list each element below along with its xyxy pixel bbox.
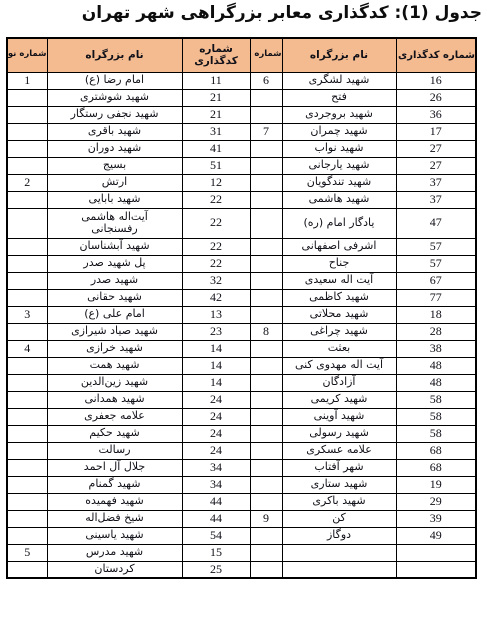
header-coding-number-left: شماره کدگذاری [182, 38, 250, 72]
cell-coding-number: 24 [182, 442, 250, 459]
cell-coding-number: 41 [182, 140, 250, 157]
cell-strip-number [7, 238, 47, 255]
cell-strip-number [250, 238, 282, 255]
table-header-row: شماره کدگذاری نام بزرگراه شماره نوار شما… [7, 38, 476, 72]
cell-highway-name [282, 561, 396, 578]
cell-coding-number: 36 [396, 106, 476, 123]
cell-highway-name: آیت اله مهدوی کنی [282, 357, 396, 374]
cell-highway-name: شهید آوینی [282, 408, 396, 425]
cell-strip-number: 4 [7, 340, 47, 357]
cell-coding-number: 51 [182, 157, 250, 174]
cell-highway-name: شهید مدرس [47, 544, 182, 561]
cell-strip-number [7, 374, 47, 391]
table-row: 39کن944شیخ فضل‌اله [7, 510, 476, 527]
table-row: 58شهید آوینی24علامه جعفری [7, 408, 476, 425]
cell-strip-number [250, 561, 282, 578]
table-row: 25کردستان [7, 561, 476, 578]
table-row: 38بعثت14شهید خرازی4 [7, 340, 476, 357]
cell-strip-number [7, 191, 47, 208]
cell-highway-name: شهید کریمی [282, 391, 396, 408]
cell-highway-name: شهید محلاتی [282, 306, 396, 323]
cell-coding-number: 47 [396, 208, 476, 238]
cell-coding-number: 68 [396, 459, 476, 476]
cell-coding-number: 16 [396, 72, 476, 89]
cell-strip-number [250, 459, 282, 476]
cell-strip-number [7, 106, 47, 123]
cell-coding-number: 39 [396, 510, 476, 527]
header-strip-number-left: شماره نوار [7, 38, 47, 72]
cell-coding-number: 22 [182, 208, 250, 238]
cell-coding-number: 49 [396, 527, 476, 544]
table-row: 58شهید کریمی24شهید همدانی [7, 391, 476, 408]
cell-strip-number [250, 89, 282, 106]
cell-highway-name: امام علی (ع) [47, 306, 182, 323]
cell-strip-number [7, 459, 47, 476]
cell-strip-number [250, 340, 282, 357]
cell-highway-name: شهید آبشناسان [47, 238, 182, 255]
cell-strip-number [7, 157, 47, 174]
cell-highway-name: آیت‌اله هاشمیرفسنجانی [47, 208, 182, 238]
cell-coding-number: 21 [182, 106, 250, 123]
cell-strip-number [7, 123, 47, 140]
cell-highway-name: کن [282, 510, 396, 527]
cell-highway-name: شهید فهمیده [47, 493, 182, 510]
table-row: 37شهید تندگویان12ارتش2 [7, 174, 476, 191]
cell-coding-number: 29 [396, 493, 476, 510]
cell-highway-name [282, 544, 396, 561]
cell-strip-number [250, 493, 282, 510]
cell-highway-name: شهید چمران [282, 123, 396, 140]
cell-coding-number: 58 [396, 408, 476, 425]
cell-strip-number [7, 510, 47, 527]
header-highway-name-left: نام بزرگراه [47, 38, 182, 72]
cell-highway-name: دوگاز [282, 527, 396, 544]
table-row: 16شهید لشگری611امام رضا (ع)1 [7, 72, 476, 89]
cell-highway-name: جناح [282, 255, 396, 272]
cell-coding-number: 54 [182, 527, 250, 544]
cell-highway-name: شیخ فضل‌اله [47, 510, 182, 527]
cell-coding-number: 22 [182, 255, 250, 272]
cell-coding-number: 17 [396, 123, 476, 140]
cell-coding-number: 34 [182, 476, 250, 493]
cell-coding-number: 12 [182, 174, 250, 191]
cell-strip-number [7, 442, 47, 459]
table-row: 28شهید چراغی823شهید صیاد شیرازی [7, 323, 476, 340]
cell-coding-number [396, 561, 476, 578]
cell-strip-number: 1 [7, 72, 47, 89]
document-page: جدول (1): کدگذاری معابر بزرگراهی شهر تهر… [0, 0, 487, 640]
table-row: 15شهید مدرس5 [7, 544, 476, 561]
cell-highway-name: شهید یاسینی [47, 527, 182, 544]
cell-coding-number: 28 [396, 323, 476, 340]
cell-strip-number: 3 [7, 306, 47, 323]
cell-strip-number [250, 174, 282, 191]
cell-highway-name: علامه عسکری [282, 442, 396, 459]
cell-strip-number [7, 425, 47, 442]
cell-strip-number [250, 289, 282, 306]
cell-highway-name: آیت اله سعیدی [282, 272, 396, 289]
cell-highway-name: شهید نجفی رستگار [47, 106, 182, 123]
cell-highway-name: جلال آل احمد [47, 459, 182, 476]
cell-highway-name: ارتش [47, 174, 182, 191]
cell-highway-name: علامه جعفری [47, 408, 182, 425]
table-row: 26فتح21شهید شوشتری [7, 89, 476, 106]
cell-coding-number: 48 [396, 374, 476, 391]
cell-highway-name: شهید نواب [282, 140, 396, 157]
cell-coding-number: 21 [182, 89, 250, 106]
cell-strip-number [7, 527, 47, 544]
cell-strip-number [250, 106, 282, 123]
highway-coding-table: شماره کدگذاری نام بزرگراه شماره نوار شما… [6, 37, 477, 579]
table-row: 18شهید محلاتی13امام علی (ع)3 [7, 306, 476, 323]
cell-coding-number: 18 [396, 306, 476, 323]
table-row: 67آیت اله سعیدی32شهید صدر [7, 272, 476, 289]
cell-strip-number: 6 [250, 72, 282, 89]
table-row: 47یادگار امام (ره)22آیت‌اله هاشمیرفسنجان… [7, 208, 476, 238]
cell-highway-name: شهید حکیم [47, 425, 182, 442]
cell-strip-number [250, 272, 282, 289]
cell-strip-number: 9 [250, 510, 282, 527]
cell-strip-number [7, 255, 47, 272]
cell-strip-number [7, 493, 47, 510]
cell-highway-name: شهید خرازی [47, 340, 182, 357]
cell-coding-number: 68 [396, 442, 476, 459]
cell-coding-number: 27 [396, 157, 476, 174]
cell-highway-name: شهید باکری [282, 493, 396, 510]
cell-coding-number: 32 [182, 272, 250, 289]
cell-highway-name: شهید رسولی [282, 425, 396, 442]
cell-coding-number: 58 [396, 425, 476, 442]
cell-coding-number: 13 [182, 306, 250, 323]
cell-highway-name: بسیج [47, 157, 182, 174]
table-row: 17شهید چمران731شهید باقری [7, 123, 476, 140]
cell-strip-number: 2 [7, 174, 47, 191]
table-row: 27شهید یارجانی51بسیج [7, 157, 476, 174]
cell-highway-name: فتح [282, 89, 396, 106]
cell-coding-number: 48 [396, 357, 476, 374]
table-row: 27شهید نواب41شهید دوران [7, 140, 476, 157]
cell-highway-name: شهید کاظمی [282, 289, 396, 306]
table-row: 49دوگاز54شهید یاسینی [7, 527, 476, 544]
cell-coding-number: 14 [182, 374, 250, 391]
cell-highway-name: شهید صدر [47, 272, 182, 289]
cell-strip-number [250, 408, 282, 425]
cell-strip-number [250, 442, 282, 459]
cell-coding-number: 31 [182, 123, 250, 140]
cell-coding-number: 26 [396, 89, 476, 106]
cell-highway-name: شهید بروجردی [282, 106, 396, 123]
cell-coding-number [396, 544, 476, 561]
cell-highway-name: شهید دوران [47, 140, 182, 157]
cell-coding-number: 58 [396, 391, 476, 408]
cell-highway-name: بعثت [282, 340, 396, 357]
cell-strip-number [7, 140, 47, 157]
cell-strip-number [250, 357, 282, 374]
cell-coding-number: 24 [182, 425, 250, 442]
cell-strip-number [7, 89, 47, 106]
table-row: 58شهید رسولی24شهید حکیم [7, 425, 476, 442]
cell-highway-name: شهید لشگری [282, 72, 396, 89]
cell-strip-number [250, 374, 282, 391]
cell-highway-name: یادگار امام (ره) [282, 208, 396, 238]
cell-strip-number [7, 476, 47, 493]
cell-highway-name: پل شهید صدر [47, 255, 182, 272]
table-row: 57اشرفی اصفهانی22شهید آبشناسان [7, 238, 476, 255]
cell-highway-name: شهید تندگویان [282, 174, 396, 191]
header-coding-number-right: شماره کدگذاری [396, 38, 476, 72]
cell-strip-number [250, 140, 282, 157]
cell-strip-number [7, 208, 47, 238]
cell-highway-name: شهید زین‌الدین [47, 374, 182, 391]
table-row: 77شهید کاظمی42شهید حقانی [7, 289, 476, 306]
cell-highway-name: آزادگان [282, 374, 396, 391]
cell-strip-number [250, 157, 282, 174]
cell-strip-number [250, 527, 282, 544]
cell-strip-number [7, 289, 47, 306]
cell-coding-number: 57 [396, 238, 476, 255]
cell-strip-number [7, 561, 47, 578]
cell-strip-number [250, 391, 282, 408]
cell-strip-number [7, 408, 47, 425]
cell-highway-name: اشرفی اصفهانی [282, 238, 396, 255]
cell-coding-number: 24 [182, 391, 250, 408]
cell-highway-name: شهید صیاد شیرازی [47, 323, 182, 340]
cell-strip-number [250, 255, 282, 272]
cell-coding-number: 38 [396, 340, 476, 357]
cell-coding-number: 15 [182, 544, 250, 561]
table-row: 48آزادگان14شهید زین‌الدین [7, 374, 476, 391]
cell-coding-number: 24 [182, 408, 250, 425]
cell-coding-number: 37 [396, 174, 476, 191]
cell-highway-name: شهید همدانی [47, 391, 182, 408]
cell-strip-number [250, 306, 282, 323]
cell-coding-number: 34 [182, 459, 250, 476]
table-row: 57جناح22پل شهید صدر [7, 255, 476, 272]
cell-highway-name: امام رضا (ع) [47, 72, 182, 89]
table-caption: جدول (1): کدگذاری معابر بزرگراهی شهر تهر… [82, 3, 482, 23]
cell-coding-number: 22 [182, 238, 250, 255]
cell-highway-name: کردستان [47, 561, 182, 578]
cell-strip-number [250, 208, 282, 238]
cell-coding-number: 44 [182, 510, 250, 527]
cell-coding-number: 77 [396, 289, 476, 306]
cell-coding-number: 22 [182, 191, 250, 208]
cell-coding-number: 19 [396, 476, 476, 493]
cell-coding-number: 27 [396, 140, 476, 157]
cell-coding-number: 37 [396, 191, 476, 208]
table-row: 48آیت اله مهدوی کنی14شهید همت [7, 357, 476, 374]
cell-strip-number [250, 425, 282, 442]
cell-coding-number: 14 [182, 340, 250, 357]
cell-highway-name: شهید بابایی [47, 191, 182, 208]
cell-highway-name: شهید ستاری [282, 476, 396, 493]
cell-coding-number: 44 [182, 493, 250, 510]
cell-strip-number: 7 [250, 123, 282, 140]
cell-coding-number: 14 [182, 357, 250, 374]
cell-strip-number [7, 272, 47, 289]
cell-highway-name: شهید شوشتری [47, 89, 182, 106]
header-highway-name-right: نام بزرگراه [282, 38, 396, 72]
cell-coding-number: 11 [182, 72, 250, 89]
cell-highway-name: شهید یارجانی [282, 157, 396, 174]
cell-highway-name: شهید چراغی [282, 323, 396, 340]
cell-highway-name: شهید هاشمی [282, 191, 396, 208]
cell-highway-name: شهید همت [47, 357, 182, 374]
cell-strip-number [250, 544, 282, 561]
cell-coding-number: 23 [182, 323, 250, 340]
cell-strip-number [7, 391, 47, 408]
cell-strip-number [7, 357, 47, 374]
cell-strip-number [250, 191, 282, 208]
table-row: 68علامه عسکری24رسالت [7, 442, 476, 459]
cell-coding-number: 25 [182, 561, 250, 578]
cell-strip-number: 5 [7, 544, 47, 561]
cell-strip-number [250, 476, 282, 493]
table-row: 37شهید هاشمی22شهید بابایی [7, 191, 476, 208]
table-body: 16شهید لشگری611امام رضا (ع)126فتح21شهید … [7, 72, 476, 578]
cell-strip-number [7, 323, 47, 340]
table-row: 29شهید باکری44شهید فهمیده [7, 493, 476, 510]
table-row: 19شهید ستاری34شهید گمنام [7, 476, 476, 493]
cell-highway-name: شهر آفتاب [282, 459, 396, 476]
cell-strip-number: 8 [250, 323, 282, 340]
cell-highway-name: شهید گمنام [47, 476, 182, 493]
header-strip-number-right: شماره نوار [250, 38, 282, 72]
cell-highway-name: رسالت [47, 442, 182, 459]
table-row: 36شهید بروجردی21شهید نجفی رستگار [7, 106, 476, 123]
cell-coding-number: 42 [182, 289, 250, 306]
table-row: 68شهر آفتاب34جلال آل احمد [7, 459, 476, 476]
cell-highway-name: شهید باقری [47, 123, 182, 140]
cell-coding-number: 57 [396, 255, 476, 272]
cell-coding-number: 67 [396, 272, 476, 289]
cell-highway-name: شهید حقانی [47, 289, 182, 306]
